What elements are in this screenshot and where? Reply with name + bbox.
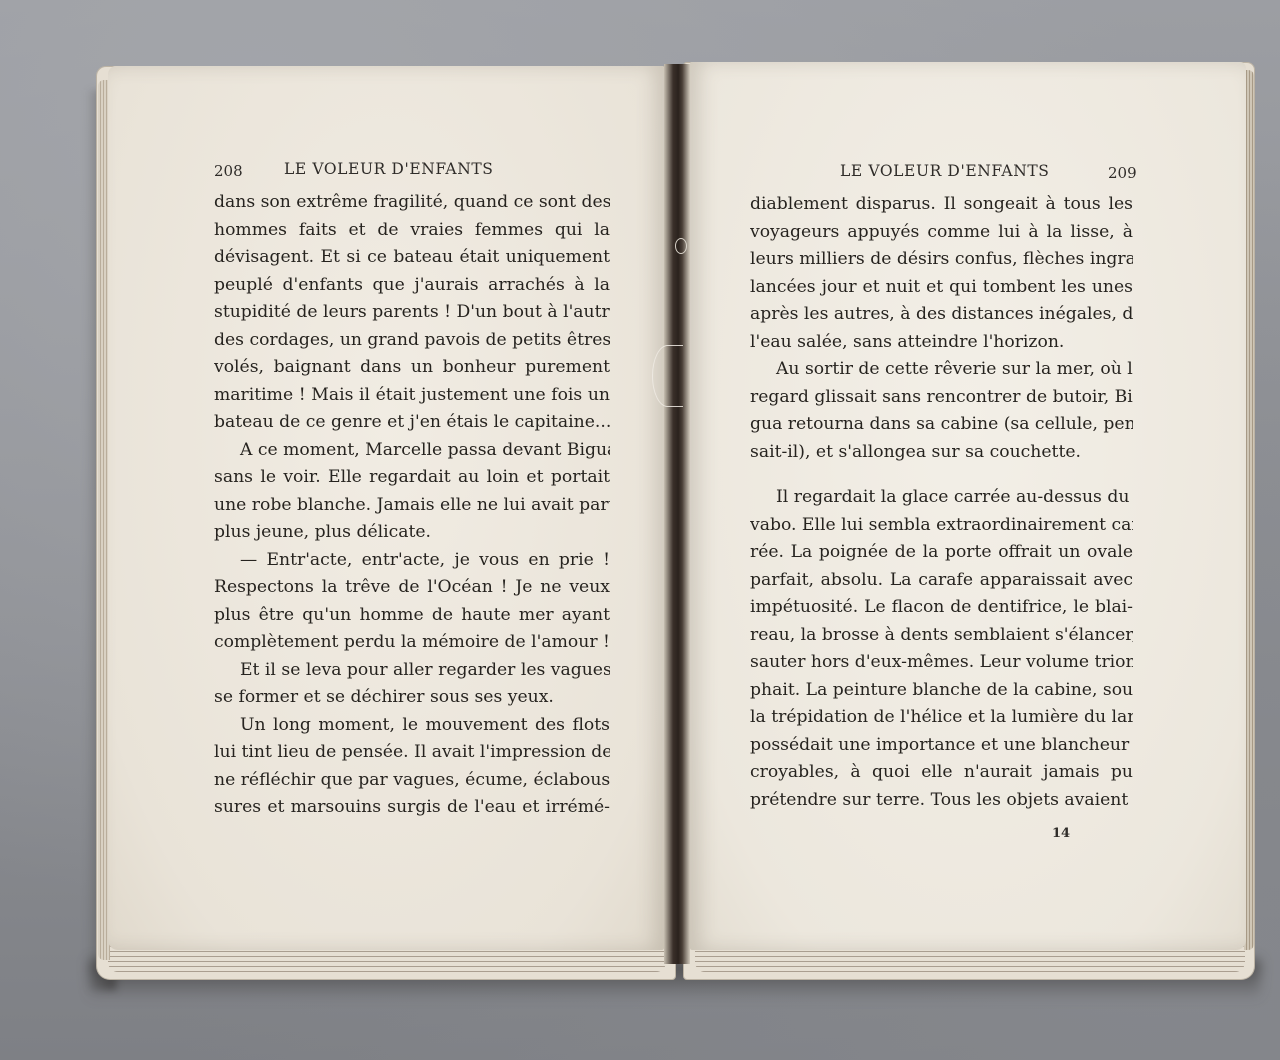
text-line: après les autres, à des distances inégal… [750,301,1133,329]
text-line: parfait, absolu. La carafe apparaissait … [750,567,1133,595]
text-line: hommes faits et de vraies femmes qui la [214,217,610,245]
text-line: Et il se leva pour aller regarder les va… [214,657,610,685]
text-line: stupidité de leurs parents ! D'un bout à… [214,299,610,327]
text-line: Respectons la trêve de l'Océan ! Je ne v… [214,574,610,602]
text-line: croyables, à quoi elle n'aurait jamais p… [750,759,1133,787]
text-line: voyageurs appuyés comme lui à la lisse, … [750,219,1133,247]
left-page-body: dans son extrême fragilité, quand ce son… [214,189,610,822]
book-gutter [664,64,690,964]
text-line: possédait une importance et une blancheu… [750,732,1133,760]
text-line: plus être qu'un homme de haute mer ayant [214,602,610,630]
glue-residue [652,345,683,407]
text-line: lui tint lieu de pensée. Il avait l'impr… [214,739,610,767]
text-line: maritime ! Mais il était justement une f… [214,382,610,410]
text-line: sures et marsouins surgis de l'eau et ir… [214,794,610,822]
text-line: regard glissait sans rencontrer de butoi… [750,384,1133,412]
text-line: — Entr'acte, entr'acte, je vous en prie … [214,547,610,575]
text-line: ne réfléchir que par vagues, écume, écla… [214,767,610,795]
text-line: volés, baignant dans un bonheur purement [214,354,610,382]
binding-thread [675,238,687,254]
right-page-body: diablement disparus. Il songeait à tous … [750,191,1133,814]
right-running-head: LE VOLEUR D'ENFANTS [840,162,1050,180]
text-line: Un long moment, le mouvement des flots [214,712,610,740]
text-line: sait-il), et s'allongea sur sa couchette… [750,439,1133,467]
text-line: la trépidation de l'hélice et la lumière… [750,704,1133,732]
text-line: une robe blanche. Jamais elle ne lui ava… [214,492,610,520]
text-line: complètement perdu la mémoire de l'amour… [214,629,610,657]
text-line: phait. La peinture blanche de la cabine,… [750,677,1133,705]
text-line: sans le voir. Elle regardait au loin et … [214,464,610,492]
text-line: Il regardait la glace carrée au-dessus d… [750,484,1133,512]
text-line: reau, la brosse à dents semblaient s'éla… [750,622,1133,650]
open-book: 208 LE VOLEUR D'ENFANTS dans son extrême… [0,0,1280,1060]
left-page-number: 208 [214,162,243,180]
right-page-number: 209 [1108,164,1137,182]
text-line: sauter hors d'eux-mêmes. Leur volume tri… [750,649,1133,677]
text-line: se former et se déchirer sous ses yeux. [214,684,610,712]
text-line: dans son extrême fragilité, quand ce son… [214,189,610,217]
text-line: diablement disparus. Il songeait à tous … [750,191,1133,219]
text-line: plus jeune, plus délicate. [214,519,610,547]
text-line: Au sortir de cette rêverie sur la mer, o… [750,356,1133,384]
left-page: 208 LE VOLEUR D'ENFANTS dans son extrême… [108,66,664,950]
text-line: des cordages, un grand pavois de petits … [214,327,610,355]
text-line: lancées jour et nuit et qui tombent les … [750,274,1133,302]
text-line: bateau de ce genre et j'en étais le capi… [214,409,610,437]
left-running-head: LE VOLEUR D'ENFANTS [284,160,494,178]
text-line: rée. La poignée de la porte offrait un o… [750,539,1133,567]
text-line: peuplé d'enfants que j'aurais arrachés à… [214,272,610,300]
text-line: prétendre sur terre. Tous les objets ava… [750,787,1133,815]
right-page: LE VOLEUR D'ENFANTS 209 diablement dispa… [690,62,1246,950]
section-break [750,466,1133,484]
text-line: gua retourna dans sa cabine (sa cellule,… [750,411,1133,439]
text-line: impétuosité. Le flacon de dentifrice, le… [750,594,1133,622]
signature-mark: 14 [1052,826,1070,841]
text-line: vabo. Elle lui sembla extraordinairement… [750,512,1133,540]
text-line: dévisagent. Et si ce bateau était unique… [214,244,610,272]
text-line: leurs milliers de désirs confus, flèches… [750,246,1133,274]
text-line: l'eau salée, sans atteindre l'horizon. [750,329,1133,357]
text-line: A ce moment, Marcelle passa devant Bigua [214,437,610,465]
